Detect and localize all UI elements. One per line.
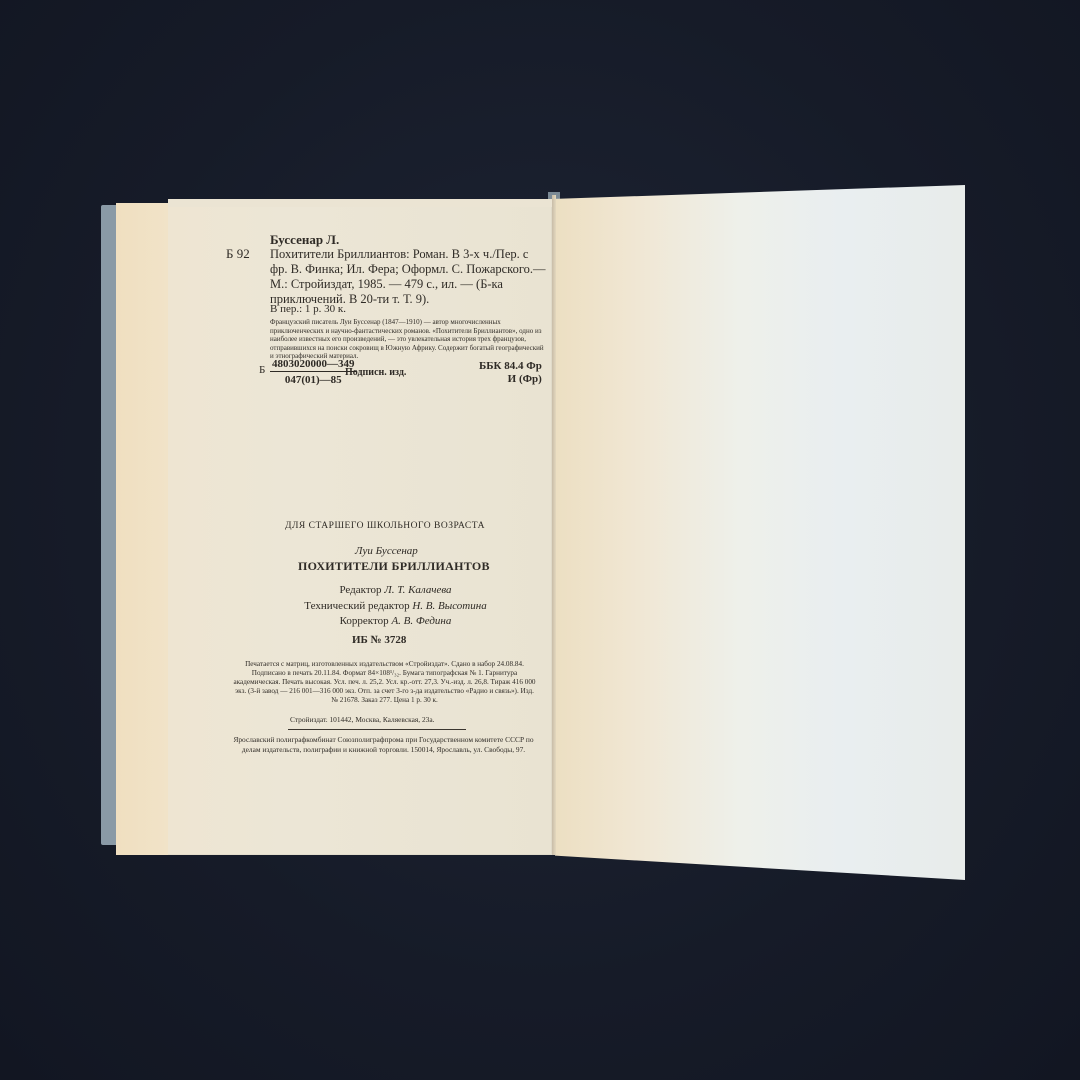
- bbk-line-1: ББК 84.4 Фр: [479, 360, 542, 373]
- left-page-flyleaf-edge: [116, 203, 168, 855]
- left-page-top-edge: [168, 199, 552, 207]
- ib-number: ИБ № 3728: [352, 634, 406, 646]
- proofreader-credit: Корректор А. В. Федина: [293, 614, 498, 630]
- right-page-blank: [555, 185, 965, 880]
- editor-credit: Редактор Л. Т. Калачева: [293, 583, 498, 599]
- tech-editor-credit: Технический редактор Н. В. Высотина: [293, 599, 498, 615]
- bbk-line-2: И (Фр): [479, 373, 542, 386]
- bibliographic-entry: Похитители Бриллиантов: Роман. В 3-х ч./…: [270, 247, 546, 307]
- staff-credits: Редактор Л. Т. Калачева Технический реда…: [293, 583, 498, 630]
- bbk-code: ББК 84.4 Фр И (Фр): [479, 360, 542, 386]
- book-title: ПОХИТИТЕЛИ БРИЛЛИАНТОВ: [298, 559, 490, 574]
- print-info: Печатается с матриц, изготовленных издат…: [232, 660, 537, 705]
- isbn-fraction: 4803020000—349 047(01)—85: [270, 358, 357, 386]
- price: В пер.: 1 р. 30 к.: [270, 303, 346, 315]
- author-heading: Буссенар Л.: [270, 232, 339, 248]
- isbn-numerator: 4803020000—349: [270, 358, 357, 372]
- book-gutter: [552, 195, 556, 855]
- isbn-prefix: Б: [259, 364, 265, 376]
- isbn-denominator: 047(01)—85: [270, 372, 357, 386]
- annotation: Французский писатель Луи Буссенар (1847—…: [270, 318, 545, 361]
- publisher-address: Стройиздат. 101442, Москва, Каляевская, …: [290, 715, 434, 724]
- printer-info: Ярославский полиграфкомбинат Союзполигра…: [231, 735, 536, 754]
- divider-rule: [288, 729, 466, 730]
- subscription-note: Подписн. изд.: [345, 367, 406, 378]
- classification-code: Б 92: [226, 246, 250, 262]
- colophon-author: Луи Буссенар: [355, 545, 418, 557]
- audience-label: ДЛЯ СТАРШЕГО ШКОЛЬНОГО ВОЗРАСТА: [285, 521, 485, 531]
